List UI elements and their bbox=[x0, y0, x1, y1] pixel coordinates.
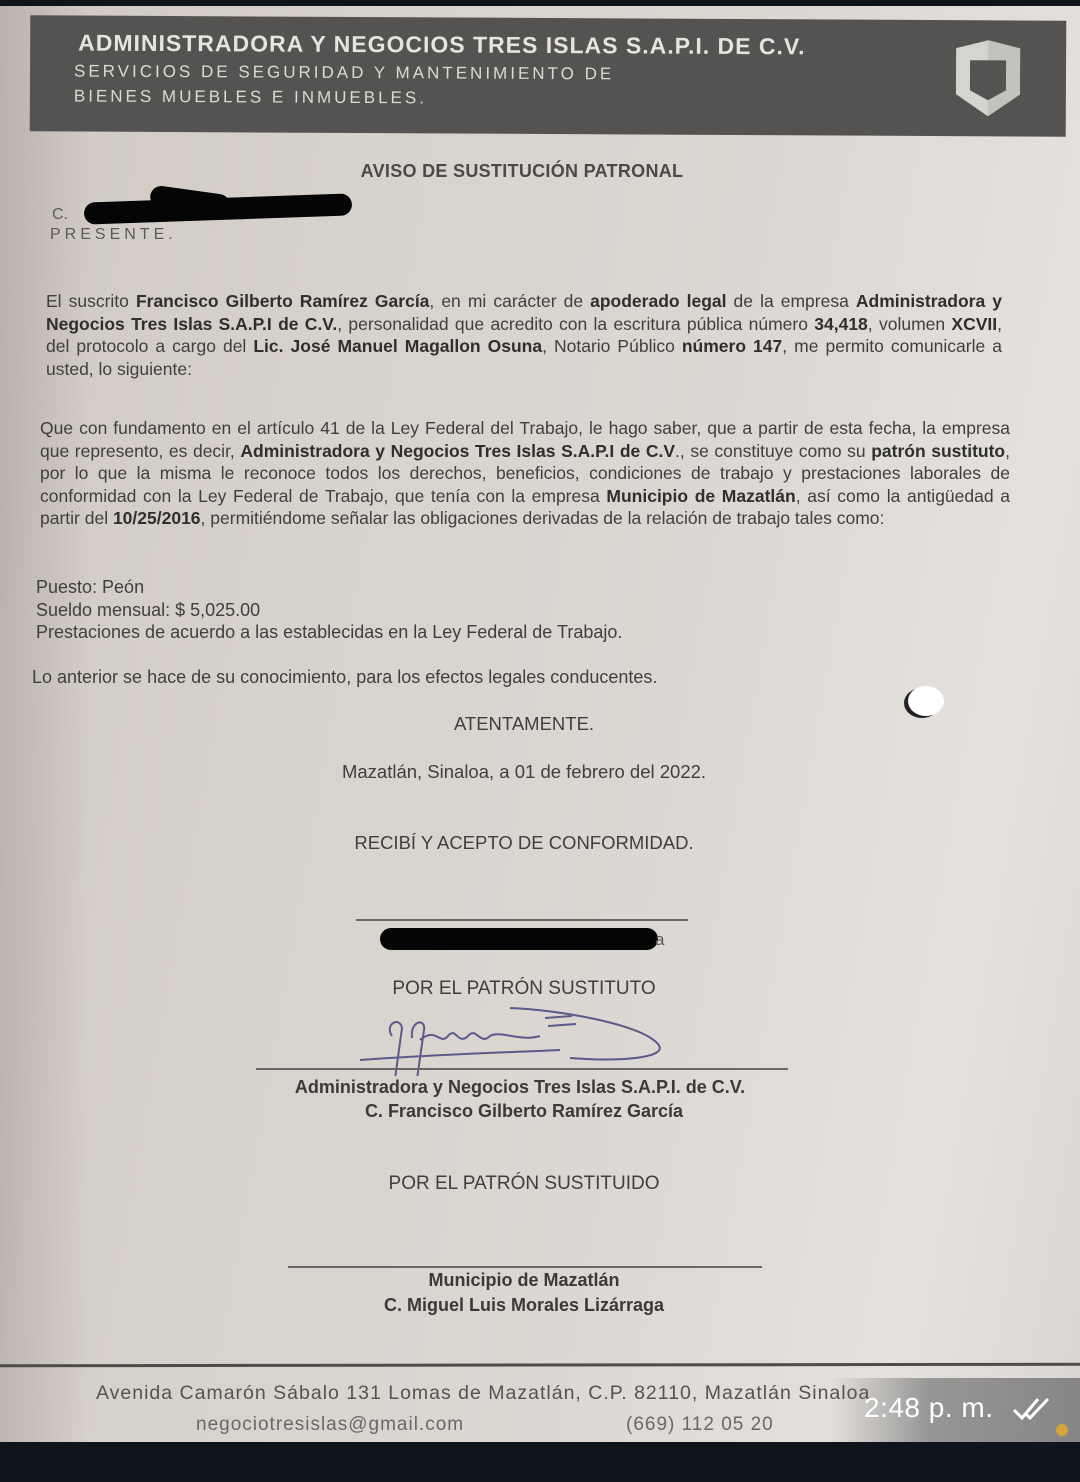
footer-address: Avenida Camarón Sábalo 131 Lomas de Maza… bbox=[96, 1382, 870, 1405]
company-tagline-1: SERVICIOS DE SEGURIDAD Y MANTENIMIENTO D… bbox=[74, 62, 614, 85]
paragraph-representation: El suscrito Francisco Gilberto Ramírez G… bbox=[46, 290, 1002, 380]
double-check-icon bbox=[1012, 1396, 1054, 1422]
footer-phone: (669) 112 05 20 bbox=[626, 1414, 774, 1436]
light-glare bbox=[908, 686, 944, 716]
sustituido-signer: C. Miguel Luis Morales Lizárraga bbox=[0, 1295, 1048, 1316]
status-dot-icon bbox=[1056, 1424, 1068, 1436]
acceptance-label: RECIBÍ Y ACEPTO DE CONFORMIDAD. bbox=[0, 832, 1048, 854]
place-date: Mazatlán, Sinaloa, a 01 de febrero del 2… bbox=[0, 761, 1048, 783]
employee-name-redaction bbox=[380, 928, 658, 950]
sustituto-company: Administradora y Negocios Tres Islas S.A… bbox=[0, 1077, 1044, 1098]
message-timestamp: 2:48 p. m. bbox=[864, 1392, 994, 1424]
document-photo: ADMINISTRADORA Y NEGOCIOS TRES ISLAS S.A… bbox=[0, 6, 1080, 1442]
company-name: ADMINISTRADORA Y NEGOCIOS TRES ISLAS S.A… bbox=[78, 30, 806, 61]
closing-statement: Lo anterior se hace de su conocimiento, … bbox=[32, 667, 657, 688]
presente-label: PRESENTE. bbox=[50, 226, 177, 244]
company-tagline-2: BIENES MUEBLES E INMUEBLES. bbox=[74, 87, 427, 109]
footer-email: negociotresislas@gmail.com bbox=[196, 1414, 464, 1436]
shield-hexagon-icon bbox=[948, 34, 1028, 124]
sustituto-signature-line bbox=[256, 1068, 788, 1070]
addressee-prefix: C. bbox=[52, 206, 68, 224]
document-title: AVISO DE SUSTITUCIÓN PATRONAL bbox=[0, 161, 1044, 182]
salary-line: Sueldo mensual: $ 5,025.00 bbox=[36, 599, 622, 622]
employee-name-suffix: a bbox=[655, 930, 664, 950]
employee-signature-line bbox=[356, 919, 688, 921]
paragraph-substitution: Que con fundamento en el artículo 41 de … bbox=[40, 417, 1010, 530]
position-line: Puesto: Peón bbox=[36, 576, 622, 599]
sustituido-label: POR EL PATRÓN SUSTITUIDO bbox=[0, 1173, 1048, 1195]
benefits-line: Prestaciones de acuerdo a las establecid… bbox=[36, 621, 622, 644]
sustituido-signature-line bbox=[288, 1266, 762, 1268]
employment-details: Puesto: Peón Sueldo mensual: $ 5,025.00 … bbox=[36, 576, 622, 644]
letterhead-banner: ADMINISTRADORA Y NEGOCIOS TRES ISLAS S.A… bbox=[30, 15, 1067, 136]
sustituto-signer: C. Francisco Gilberto Ramírez García bbox=[0, 1101, 1048, 1122]
atentamente-label: ATENTAMENTE. bbox=[0, 713, 1048, 735]
signature-mark bbox=[340, 996, 680, 1076]
footer-rule bbox=[0, 1362, 1080, 1368]
sustituido-company: Municipio de Mazatlán bbox=[0, 1270, 1048, 1291]
